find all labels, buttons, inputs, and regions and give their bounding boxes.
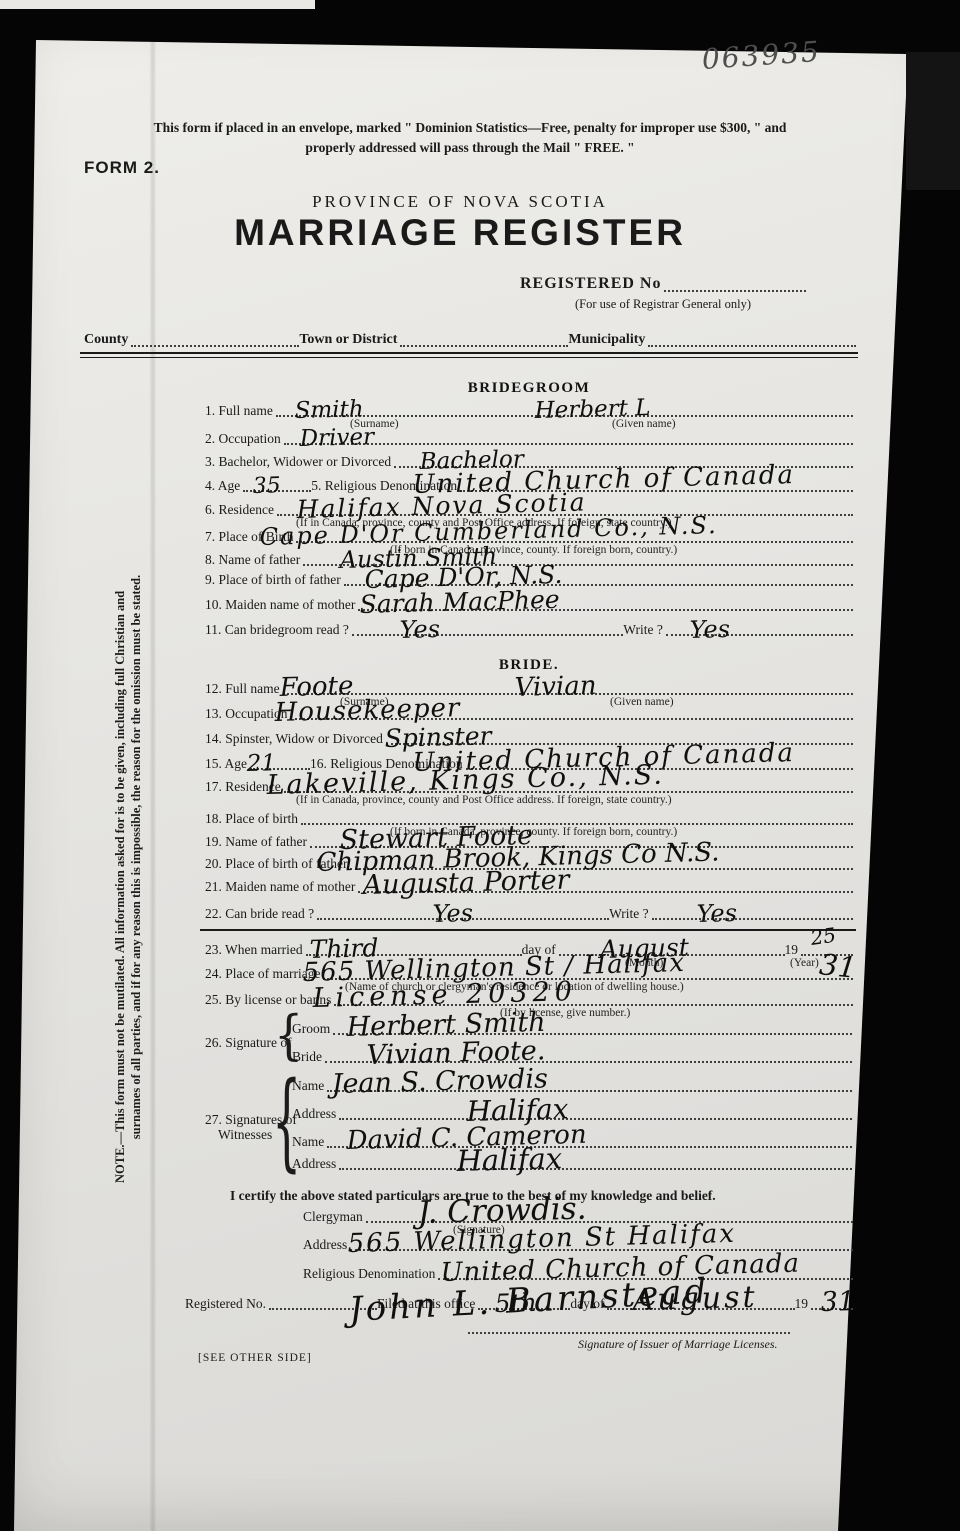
bride-signature-row: Bride Vivian Foote.	[292, 1043, 852, 1063]
handwriting-bride-can-write: Yes	[696, 901, 737, 926]
field-label: 11. Can bridegroom read ?	[205, 623, 352, 637]
field-label: 23. When married	[205, 943, 306, 957]
see-other-side-note: [SEE OTHER SIDE]	[198, 1352, 312, 1364]
mailing-notice-line1: This form if placed in an envelope, mark…	[115, 120, 825, 136]
handwriting-bride-given-name: Vivian	[514, 673, 597, 701]
field-label: 3. Bachelor, Widower or Divorced	[205, 455, 394, 469]
dotted-line	[664, 270, 806, 292]
address-label: Address	[303, 1238, 350, 1252]
field-label: 10. Maiden name of mother	[205, 598, 358, 612]
bride-residence-row: 17. Residence Lakeville, Kings Co., N.S.	[205, 773, 853, 793]
write-label: Write ?	[623, 623, 666, 637]
field-label: 4. Age	[205, 479, 243, 493]
field-label: 14. Spinster, Widow or Divorced	[205, 732, 386, 746]
registrar-general-note: (For use of Registrar General only)	[520, 297, 806, 312]
groom-mother-row: 10. Maiden name of mother Sarah MacPhee	[205, 591, 853, 611]
handwriting-bride-can-read: Yes	[432, 901, 473, 926]
witnesses-label-line2: Witnesses	[218, 1128, 275, 1142]
groom-occupation-row: 2. Occupation Driver	[205, 425, 853, 445]
clergyman-address-row: Address 565 Wellington St Halifax	[303, 1231, 853, 1251]
address-label: Address	[292, 1107, 339, 1121]
handwriting-bride-mother: Augusta Porter	[362, 867, 570, 899]
bride-occupation-row: 13. Occupation Housekeeper	[205, 700, 853, 720]
clergyman-label: Clergyman	[303, 1210, 366, 1224]
form-number: FORM 2.	[84, 158, 160, 178]
denomination-label: Religious Denomination	[303, 1267, 438, 1281]
province-heading: PROVINCE OF NOVA SCOTIA	[180, 192, 740, 212]
county-label: County	[84, 333, 131, 347]
side-note-line1: NOTE.—This form must not be mutilated. A…	[112, 531, 128, 1183]
handwriting-groom-mother: Sarah MacPhee	[359, 587, 560, 617]
groom-father-birthplace-row: 9. Place of birth of father Cape D'Or, N…	[205, 566, 853, 586]
year-prefix: 19	[795, 1297, 812, 1311]
section-divider-rule	[200, 929, 856, 931]
handwriting-bride-occupation: Housekeeper	[274, 695, 460, 726]
registered-no-label: REGISTERED No	[520, 276, 664, 292]
paper-crease	[150, 40, 156, 1531]
scan-grain-patch	[906, 52, 960, 190]
groom-signature-row: Groom Herbert Smith	[292, 1015, 852, 1035]
witness1-address-row: Address Halifax	[292, 1100, 852, 1120]
write-label: Write ?	[609, 907, 652, 921]
handwriting-groom-can-read: Yes	[399, 617, 440, 642]
dotted-line	[339, 1148, 852, 1170]
year-prefix: 19	[785, 943, 802, 957]
field-label: 22. Can bride read ?	[205, 907, 317, 921]
field-label: 1. Full name	[205, 404, 276, 418]
witness1-name-row: Name Jean S. Crowdis	[292, 1072, 852, 1092]
handwriting-filed-year: 31	[820, 1288, 855, 1316]
field-label: 12. Full name	[205, 682, 283, 696]
witness2-name-row: Name David C. Cameron	[292, 1128, 852, 1148]
registered-no-row: REGISTERED No	[520, 272, 806, 292]
bride-mother-row: 21. Maiden name of mother Augusta Porter	[205, 873, 853, 893]
name-label: Name	[292, 1079, 327, 1093]
field-label: 15. Age	[205, 757, 250, 771]
registered-label: Registered No.	[185, 1297, 269, 1311]
groom-full-name-row: 1. Full name Smith Herbert L	[205, 397, 853, 417]
address-label: Address	[292, 1157, 339, 1171]
groom-birthplace-row: 7. Place of Birth Cape D'Or Cumberland C…	[205, 523, 853, 543]
dotted-line	[301, 803, 853, 825]
handwriting-year-scribble: 25	[809, 925, 837, 948]
groom-literacy-row: 11. Can bridegroom read ? Write ? Yes Ye…	[205, 616, 853, 636]
issuer-signature-line	[468, 1332, 790, 1334]
field-label: 8. Name of father	[205, 553, 303, 567]
groom-label: Groom	[292, 1022, 333, 1036]
municipality-label: Municipality	[568, 333, 648, 347]
field-label: 2. Occupation	[205, 432, 284, 446]
town-label: Town or District	[299, 333, 400, 347]
scan-edge-sliver	[0, 0, 315, 9]
mailing-notice-line2: properly addressed will pass through the…	[115, 140, 825, 156]
dotted-line	[400, 325, 568, 347]
clergyman-row: Clergyman J. Crowdis.	[303, 1203, 853, 1223]
handwriting-groom-can-write: Yes	[689, 617, 730, 642]
field-label: 18. Place of birth	[205, 812, 301, 826]
field-label: 6. Residence	[205, 503, 277, 517]
witness2-address-row: Address Halifax	[292, 1150, 852, 1170]
page-title: MARRIAGE REGISTER	[160, 212, 760, 254]
field-label: 19. Name of father	[205, 835, 310, 849]
dotted-line	[339, 1098, 852, 1120]
handwriting-witness2-address: Halifax	[456, 1144, 562, 1176]
scanned-marriage-register-page: { "serial": "063935", "header": { "notic…	[0, 0, 960, 1531]
side-note-line2: surnames of all parties, and if for any …	[128, 531, 144, 1183]
issuer-signature-label: Signature of Issuer of Marriage Licenses…	[578, 1337, 778, 1352]
double-rule	[80, 352, 858, 358]
field-label: 21. Maiden name of mother	[205, 880, 358, 894]
location-row: County Town or District Municipality	[84, 327, 856, 347]
dotted-line	[652, 898, 853, 920]
dotted-line	[352, 614, 623, 636]
handwritten-serial-number: 063935	[701, 38, 822, 74]
side-note: NOTE.—This form must not be mutilated. A…	[112, 531, 144, 1183]
dotted-line	[131, 325, 299, 347]
name-label: Name	[292, 1135, 327, 1149]
bride-literacy-row: 22. Can bride read ? Write ? Yes Yes	[205, 900, 853, 920]
bride-full-name-row: 12. Full name Foote Vivian	[205, 675, 853, 695]
field-label: 9. Place of birth of father	[205, 573, 344, 587]
dotted-line	[648, 325, 856, 347]
groom-residence-row: 6. Residence Halifax Nova Scotia	[205, 496, 853, 516]
